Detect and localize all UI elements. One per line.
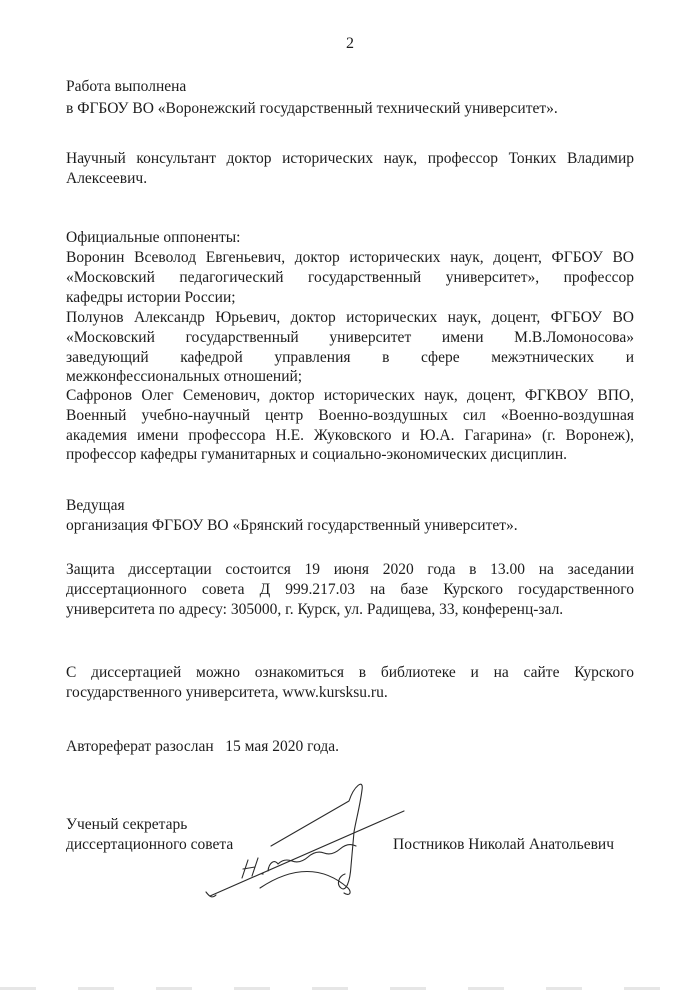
consultant-block: Научный консультант доктор исторических … xyxy=(66,149,634,189)
text-line: С диссертацией можно ознакомиться в библ… xyxy=(66,663,634,683)
text-line: Алексеевич. xyxy=(66,169,634,189)
text-line: заведующий кафедрой управления в сфере м… xyxy=(66,348,634,368)
text-line: кафедры истории России; xyxy=(66,288,634,308)
text-line: университета по адресу: 305000, г. Курск… xyxy=(66,600,634,620)
handwritten-signature-icon xyxy=(198,776,410,908)
text-line: Воронин Всеволод Евгеньевич, доктор исто… xyxy=(66,248,634,268)
text-line: Военный учебно-научный центр Военно-возд… xyxy=(66,406,634,426)
opponent-2-block: Полунов Александр Юрьевич, доктор истори… xyxy=(66,308,634,387)
text-line: Защита диссертации состоится 19 июня 202… xyxy=(66,560,634,580)
document-page: 2 Работа выполненав ФГБОУ ВО «Воронежски… xyxy=(0,0,700,990)
opponents-heading: Официальные оппоненты: xyxy=(66,228,634,248)
leading-organization-block: Ведущаяорганизация ФГБОУ ВО «Брянский го… xyxy=(66,496,634,536)
secretary-name: Постников Николай Анатольевич xyxy=(393,835,614,855)
distribution-block: Автореферат разослан 15 мая 2020 года. xyxy=(66,737,634,757)
text-line: Официальные оппоненты: xyxy=(66,228,634,248)
affiliation-block: Работа выполненав ФГБОУ ВО «Воронежский … xyxy=(66,76,634,120)
text-line: в ФГБОУ ВО «Воронежский государственный … xyxy=(66,98,634,120)
text-line: «Московский государственный университет … xyxy=(66,328,634,348)
text-line: Сафронов Олег Семенович, доктор историче… xyxy=(66,386,634,406)
text-line: Научный консультант доктор исторических … xyxy=(66,149,634,169)
text-line: Автореферат разослан 15 мая 2020 года. xyxy=(66,737,634,757)
library-block: С диссертацией можно ознакомиться в библ… xyxy=(66,663,634,703)
text-line: академия имени профессора Н.Е. Жуковског… xyxy=(66,426,634,446)
opponent-3-block: Сафронов Олег Семенович, доктор историче… xyxy=(66,386,634,465)
text-line: Работа выполнена xyxy=(66,76,634,98)
text-line: профессор кафедры гуманитарных и социаль… xyxy=(66,445,634,465)
text-line: Полунов Александр Юрьевич, доктор истори… xyxy=(66,308,634,328)
text-line: диссертационного совета Д 999.217.03 на … xyxy=(66,580,634,600)
page-number: 2 xyxy=(0,34,700,54)
defense-block: Защита диссертации состоится 19 июня 202… xyxy=(66,560,634,620)
text-line: организация ФГБОУ ВО «Брянский государст… xyxy=(66,516,634,536)
text-line: «Московский педагогический государственн… xyxy=(66,268,634,288)
text-line: межконфессиональных отношений; xyxy=(66,367,634,387)
text-line: Ведущая xyxy=(66,496,634,516)
opponent-1-block: Воронин Всеволод Евгеньевич, доктор исто… xyxy=(66,248,634,307)
text-line: государственного университета, www.kursk… xyxy=(66,683,634,703)
